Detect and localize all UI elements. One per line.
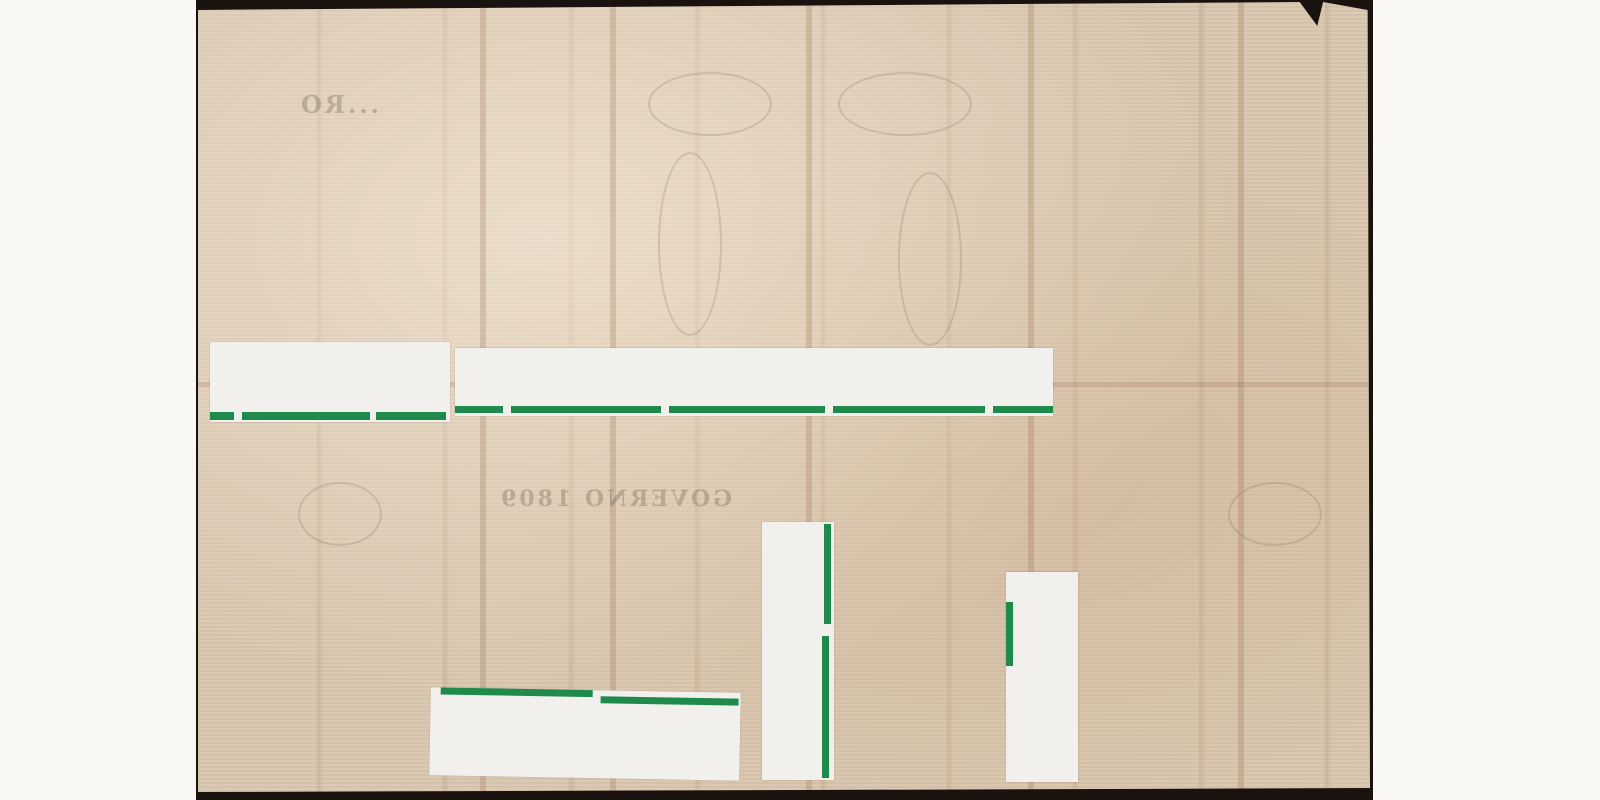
selvage-bar [669,406,825,413]
engraved-scroll [658,152,722,336]
selvage-bar [441,687,593,697]
selvage-bar [455,406,503,413]
fold-line [1238,2,1244,796]
mirrored-watermark-text: GOVERNO 1809 [498,486,732,512]
engraved-scroll [648,72,772,136]
selvage-bar [833,406,985,413]
engraved-scroll [1228,482,1322,546]
engraved-scroll [838,72,972,136]
engraved-scroll [298,482,382,546]
selvage-bar [210,412,234,420]
selvage-strip [455,348,1053,416]
selvage-bar [824,524,831,624]
selvage-strip [429,687,740,780]
selvage-bar [376,412,446,420]
selvage-bar [822,636,829,778]
mirrored-watermark-text: ...RO [298,90,379,119]
selvage-bar [993,406,1053,413]
selvage-strip [762,522,834,780]
selvage-bar [601,696,739,705]
selvage-strip [1006,572,1078,782]
selvage-bar [511,406,661,413]
selvage-strip [210,342,450,422]
engraved-scroll [898,172,962,346]
selvage-bar [242,412,370,420]
selvage-bar [1006,602,1013,666]
